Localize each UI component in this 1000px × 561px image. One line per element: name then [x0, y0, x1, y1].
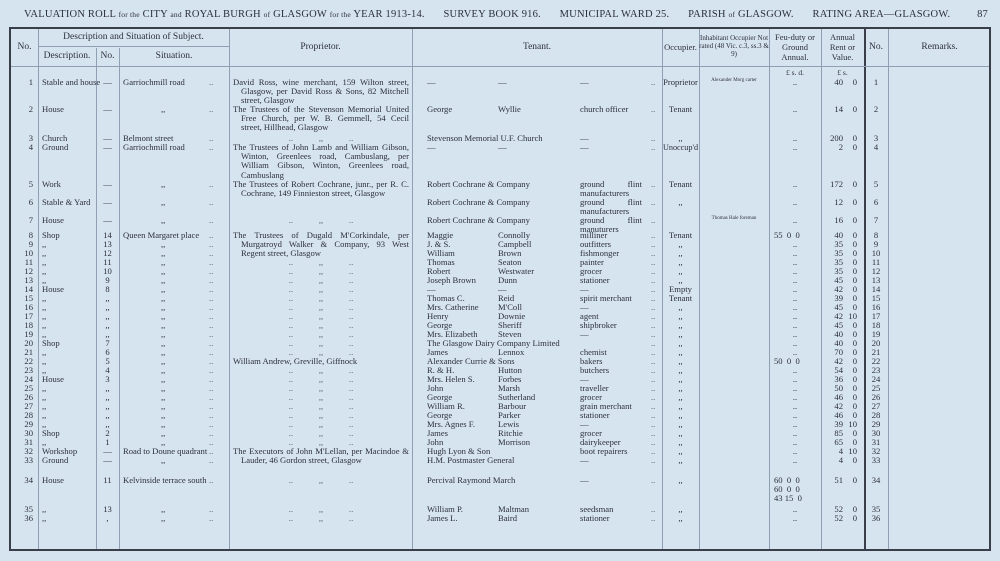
row-proprietor: .. ,, ..	[233, 514, 409, 523]
row-occupier: Proprietor	[662, 78, 699, 87]
row-situation: Garriochmill road	[123, 78, 223, 87]
row-tenant-dots: ..	[651, 105, 655, 114]
row-street-no: —	[96, 198, 119, 207]
row-street-no: ,	[96, 514, 119, 523]
header-proprietor: Proprietor.	[229, 42, 412, 52]
row-street-no: 11	[96, 476, 119, 485]
row-situation-dots: ..	[209, 105, 213, 114]
row-occupier: ,,	[662, 198, 699, 207]
row-number: 5	[13, 180, 33, 189]
row-description: ,,	[42, 303, 96, 312]
row-description: House	[42, 375, 96, 384]
row-proprietor: The Trustees of Robert Cochrane, junr., …	[233, 180, 409, 198]
row-occupier: ,,	[662, 134, 699, 143]
row-street-no: —	[96, 78, 119, 87]
row-tenant-occupation: stationer	[580, 411, 650, 420]
row-rent-pounds: 2	[823, 143, 843, 152]
col-divider	[119, 48, 120, 549]
title-survey-book: SURVEY BOOK 916.	[444, 9, 541, 20]
row-tenant-dots: ..	[651, 180, 655, 189]
row-tenant-first: James L.	[427, 514, 458, 523]
header-rule	[11, 66, 989, 67]
row-description: ,,	[42, 267, 96, 276]
row-feu-duty: ..	[769, 514, 821, 523]
header-no-right: No.	[864, 42, 888, 52]
row-tenant-occupation: shipbroker	[580, 321, 650, 330]
row-description: ,,	[42, 393, 96, 402]
row-tenant-occupation: church officer	[580, 105, 650, 114]
row-inhabitant: Alexander Morg carter	[703, 78, 765, 83]
row-tenant-dots: ..	[651, 198, 655, 207]
row-tenant-name: Robert Cochrane & Company	[427, 198, 530, 207]
row-tenant-occupation: —	[580, 143, 650, 152]
row-tenant-occupation: boot repairers	[580, 447, 650, 456]
row-description: ,,	[42, 402, 96, 411]
row-situation-dots: ..	[209, 78, 213, 87]
row-rent-shillings: 0	[845, 456, 857, 465]
row-number-right: 7	[864, 216, 888, 225]
row-description: ,,	[42, 258, 96, 267]
row-tenant-dots: ..	[651, 78, 655, 87]
row-tenant-last: Morrison	[498, 438, 530, 447]
row-description: ,,	[42, 384, 96, 393]
row-tenant-occupation: —	[580, 476, 650, 485]
row-rent-shillings: 0	[845, 216, 857, 225]
row-feu-duty: ..	[769, 105, 821, 114]
row-description: Ground	[42, 143, 96, 152]
row-tenant-dots: ..	[651, 514, 655, 523]
row-tenant-occupation: ground flint manufacturers	[580, 180, 642, 198]
row-description: ,,	[42, 240, 96, 249]
row-rent-pounds: 16	[823, 216, 843, 225]
row-situation-dots: ..	[209, 476, 213, 485]
row-number-right: 34	[864, 476, 888, 485]
row-situation-dots: ..	[209, 456, 213, 465]
row-description: Shop	[42, 429, 96, 438]
row-tenant-name: Robert Cochrane & Company	[427, 216, 530, 225]
row-number-right: 36	[864, 514, 888, 523]
row-number-right: 2	[864, 105, 888, 114]
row-description: Stable and house	[42, 78, 96, 87]
row-situation-dots: ..	[209, 514, 213, 523]
col-divider	[412, 29, 413, 549]
row-rent-pounds: 52	[823, 514, 843, 523]
row-occupier: ,,	[662, 456, 699, 465]
row-description: ,,	[42, 514, 96, 523]
row-proprietor: The Trustees of John Lamb and William Gi…	[233, 143, 409, 180]
row-rent-pounds: 172	[823, 180, 843, 189]
row-tenant-dots: ..	[651, 143, 655, 152]
row-description: ,,	[42, 348, 96, 357]
row-description: House	[42, 105, 96, 114]
row-tenant-occupation: —	[580, 330, 650, 339]
row-street-no: —	[96, 143, 119, 152]
row-rent-pounds: 14	[823, 105, 843, 114]
header-situation: Situation.	[119, 51, 229, 61]
col-divider	[38, 29, 39, 549]
extra-feu-duty: 43 15 0	[774, 494, 821, 503]
row-description: ,,	[42, 357, 96, 366]
row-situation: Kelvinside terrace south	[123, 476, 223, 485]
row-feu-duty: ..	[769, 180, 821, 189]
row-number: 1	[13, 78, 33, 87]
title-parish: PARISH of GLASGOW.	[688, 9, 794, 20]
row-street-no: —	[96, 456, 119, 465]
row-tenant-last: Wyllie	[498, 105, 521, 114]
header-inhabitant: Inhabitant Occupier Not rated (48 Vic. c…	[699, 34, 769, 58]
header-no: No.	[11, 42, 38, 52]
row-number: 34	[13, 476, 33, 485]
row-rent-shillings: 0	[845, 198, 857, 207]
col-divider	[821, 29, 822, 549]
row-number: 2	[13, 105, 33, 114]
row-rent-shillings: 0	[845, 143, 857, 152]
row-tenant-occupation: spirit merchant	[580, 294, 650, 303]
row-tenant-last: Baird	[498, 514, 517, 523]
row-tenant-occupation: —	[580, 456, 650, 465]
row-situation: Garriochmill road	[123, 143, 223, 152]
row-tenant-name: H.M. Postmaster General	[427, 456, 514, 465]
row-street-no: —	[96, 105, 119, 114]
row-occupier: Tenant	[662, 105, 699, 114]
row-number: 33	[13, 456, 33, 465]
row-tenant-dots: ..	[651, 456, 655, 465]
col-divider	[888, 29, 889, 549]
page-number: 87	[977, 9, 988, 20]
row-description: ,,	[42, 312, 96, 321]
row-tenant-dots: ..	[651, 216, 655, 225]
row-tenant-first: —	[427, 143, 436, 152]
row-feu-duty: ..	[769, 78, 821, 87]
row-tenant-first: George	[427, 105, 452, 114]
row-tenant-occupation: —	[580, 134, 650, 143]
row-occupier: ,,	[662, 476, 699, 485]
row-rent-shillings: 0	[845, 78, 857, 87]
valuation-table: No. Description and Situation of Subject…	[9, 27, 991, 551]
row-number: 36	[13, 514, 33, 523]
row-occupier: Tenant	[662, 180, 699, 189]
row-tenant-name: Stevenson Memorial U.F. Church	[427, 134, 543, 143]
row-description: ,,	[42, 505, 96, 514]
row-feu-duty: ..	[769, 216, 821, 225]
row-rent-shillings: 0	[845, 476, 857, 485]
row-description: Shop	[42, 339, 96, 348]
row-situation-dots: ..	[209, 198, 213, 207]
header-street-no: No.	[96, 51, 119, 61]
row-rent-pounds: 40	[823, 78, 843, 87]
row-proprietor: The Trustees of the Stevenson Memorial U…	[233, 105, 409, 133]
row-number-right: 4	[864, 143, 888, 152]
row-description: Stable & Yard	[42, 198, 96, 207]
row-tenant-occupation: stationer	[580, 514, 650, 523]
row-tenant-first: —	[427, 78, 436, 87]
row-tenant-occupation: stationer	[580, 276, 650, 285]
row-rent-shillings: 0	[845, 105, 857, 114]
header-occupier: Occupier.	[662, 42, 699, 52]
row-occupier: Unoccup'd	[662, 143, 699, 152]
row-description: Work	[42, 180, 96, 189]
row-number-right: 6	[864, 198, 888, 207]
header-rule	[38, 46, 229, 47]
title-ward: MUNICIPAL WARD 25.	[560, 9, 670, 20]
row-feu-duty: 50 0 0	[774, 357, 821, 366]
row-feu-duty: 55 0 0	[774, 231, 821, 240]
row-street-no: —	[96, 180, 119, 189]
page-title: VALUATION ROLL for the CITY and ROYAL BU…	[24, 9, 988, 20]
row-description: House	[42, 476, 96, 485]
row-tenant-last: —	[498, 78, 507, 87]
row-tenant-dots: ..	[651, 476, 655, 485]
row-tenant-name: Robert Cochrane & Company	[427, 180, 530, 189]
row-description: ,,	[42, 249, 96, 258]
row-description: ,,	[42, 411, 96, 420]
row-proprietor: .. ,, ..	[233, 476, 409, 485]
row-rent-pounds: 12	[823, 198, 843, 207]
row-rent-pounds: 4	[823, 456, 843, 465]
row-situation-dots: ..	[209, 143, 213, 152]
header-description: Description.	[38, 51, 96, 61]
row-number: 4	[13, 143, 33, 152]
row-street-no: —	[96, 216, 119, 225]
row-number: 6	[13, 198, 33, 207]
header-remarks: Remarks.	[888, 42, 991, 52]
row-number-right: 5	[864, 180, 888, 189]
row-situation-dots: ..	[209, 180, 213, 189]
row-description: Shop	[42, 231, 96, 240]
header-feu-duty: Feu-duty or Ground Annual.	[769, 32, 821, 62]
title-rating-area: RATING AREA—GLASGOW.	[813, 9, 951, 20]
row-number: 7	[13, 216, 33, 225]
col-divider	[699, 29, 700, 549]
row-occupier: ,,	[662, 514, 699, 523]
header-tenant: Tenant.	[412, 42, 662, 52]
row-rent-pounds: 51	[823, 476, 843, 485]
row-inhabitant: Thomas Hale foreman	[703, 216, 765, 221]
row-description: ,,	[42, 294, 96, 303]
row-feu-duty: ..	[769, 198, 821, 207]
row-tenant-occupation: —	[580, 78, 650, 87]
row-description: ,,	[42, 321, 96, 330]
header-description-group: Description and Situation of Subject.	[38, 32, 229, 42]
header-annual-rent: Annual Rent or Value.	[821, 32, 864, 62]
row-situation: Road to Doune quadrant	[123, 447, 223, 456]
row-proprietor: David Ross, wine merchant, 159 Wilton st…	[233, 78, 409, 106]
row-situation: Queen Margaret place	[123, 231, 223, 240]
row-tenant-occupation: butchers	[580, 366, 650, 375]
row-rent-shillings: 0	[845, 180, 857, 189]
title-roll: VALUATION ROLL for the CITY and ROYAL BU…	[24, 9, 425, 20]
row-proprietor: .. ,, ..	[233, 216, 409, 225]
row-description: House	[42, 285, 96, 294]
row-description: House	[42, 216, 96, 225]
row-feu-duty: ..	[769, 456, 821, 465]
row-number-right: 33	[864, 456, 888, 465]
row-situation-dots: ..	[209, 216, 213, 225]
row-tenant-occupation: ground flint manufacturers	[580, 198, 642, 216]
row-rent-shillings: 0	[845, 514, 857, 523]
row-number-right: 1	[864, 78, 888, 87]
row-description: Ground	[42, 456, 96, 465]
row-tenant-name: Percival Raymond March	[427, 476, 515, 485]
row-tenant-last: —	[498, 143, 507, 152]
row-feu-duty: ..	[769, 143, 821, 152]
